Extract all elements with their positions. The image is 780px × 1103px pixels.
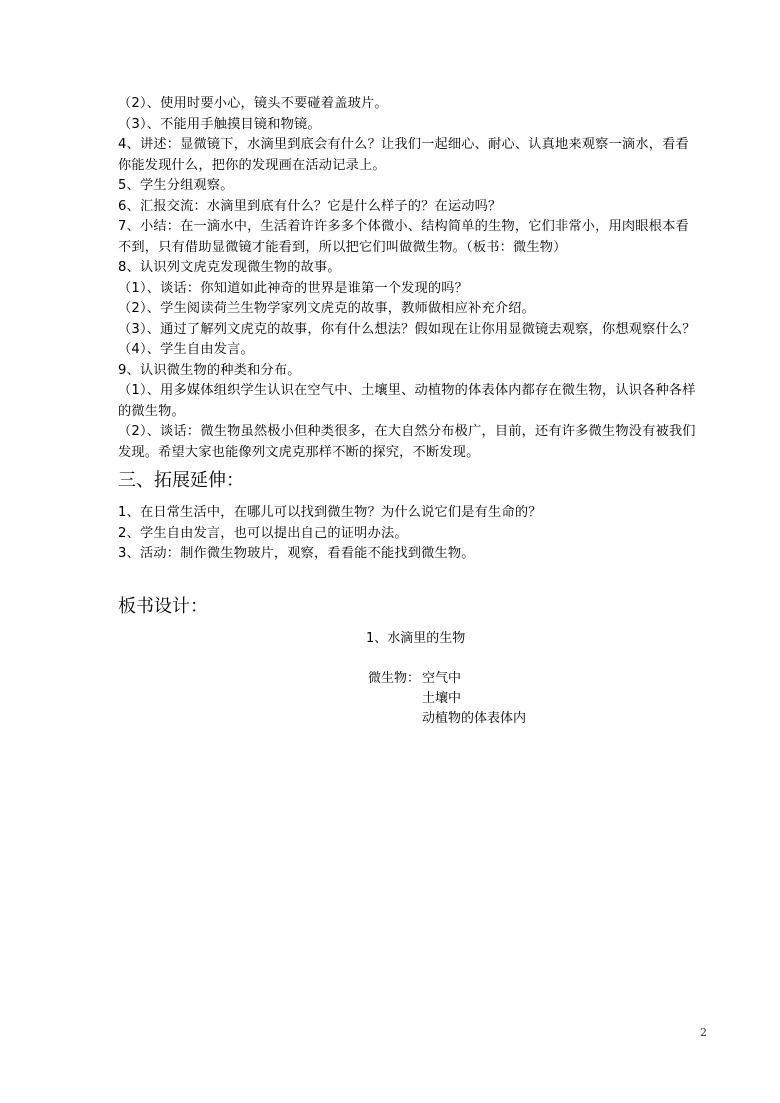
text-line: 6、汇报交流：水滴里到底有什么？它是什么样子的？在运动吗？ (118, 197, 718, 218)
text-line: 3、活动：制作微生物玻片，观察，看看能不能找到微生物。 (118, 544, 718, 565)
section-heading-extension: 三、拓展延伸： (118, 469, 718, 493)
lesson-steps: （2）、使用时要小心，镜头不要碰着盖玻片。 （3）、不能用手触摸目镜和物镜。 4… (118, 94, 718, 463)
board-item: 土壤中 (422, 689, 461, 709)
text-line: 4、讲述：显微镜下，水滴里到底会有什么？让我们一起细心、耐心、认真地来观察一滴水… (118, 135, 718, 156)
text-line: 2、学生自由发言，也可以提出自己的证明办法。 (118, 524, 718, 545)
document-page: （2）、使用时要小心，镜头不要碰着盖玻片。 （3）、不能用手触摸目镜和物镜。 4… (118, 94, 718, 769)
board-title: 1、水滴里的生物 (366, 629, 465, 649)
text-line: 8、认识列文虎克发现微生物的故事。 (118, 258, 718, 279)
text-line: （3）、不能用手触摸目镜和物镜。 (118, 115, 718, 136)
text-line: （2）、谈话：微生物虽然极小但种类很多，在大自然分布极广，目前，还有许多微生物没… (118, 422, 718, 443)
text-line: （4）、学生自由发言。 (118, 340, 718, 361)
board-label: 微生物： (368, 669, 420, 689)
text-line: 的微生物。 (118, 402, 718, 423)
text-line: （2）、学生阅读荷兰生物学家列文虎克的故事，教师做相应补充介绍。 (118, 299, 718, 320)
board-item: 空气中 (422, 669, 461, 689)
board-item: 动植物的体表体内 (422, 709, 526, 729)
page-number: 2 (700, 1026, 707, 1039)
text-line: 不到，只有借助显微镜才能看到，所以把它们叫做微生物。（板书：微生物） (118, 238, 718, 259)
text-line: （1）、谈话：你知道如此神奇的世界是谁第一个发现的吗？ (118, 279, 718, 300)
text-line: 5、学生分组观察。 (118, 176, 718, 197)
extension-list: 1、在日常生活中，在哪儿可以找到微生物？为什么说它们是有生命的？ 2、学生自由发… (118, 503, 718, 565)
text-line: 你能发现什么，把你的发现画在活动记录上。 (118, 156, 718, 177)
text-line: （2）、使用时要小心，镜头不要碰着盖玻片。 (118, 94, 718, 115)
text-line: 发现。希望大家也能像列文虎克那样不断的探究，不断发现。 (118, 443, 718, 464)
board-design: 1、水滴里的生物 微生物： 空气中 土壤中 动植物的体表体内 (118, 629, 718, 769)
section-heading-board-design: 板书设计： (118, 595, 718, 619)
text-line: 7、小结：在一滴水中，生活着许许多多个体微小、结构简单的生物，它们非常小，用肉眼… (118, 217, 718, 238)
text-line: 1、在日常生活中，在哪儿可以找到微生物？为什么说它们是有生命的？ (118, 503, 718, 524)
text-line: 9、认识微生物的种类和分布。 (118, 361, 718, 382)
text-line: （1）、用多媒体组织学生认识在空气中、土壤里、动植物的体表体内都存在微生物，认识… (118, 381, 718, 402)
text-line: （3）、通过了解列文虎克的故事，你有什么想法？假如现在让你用显微镜去观察，你想观… (118, 320, 718, 341)
